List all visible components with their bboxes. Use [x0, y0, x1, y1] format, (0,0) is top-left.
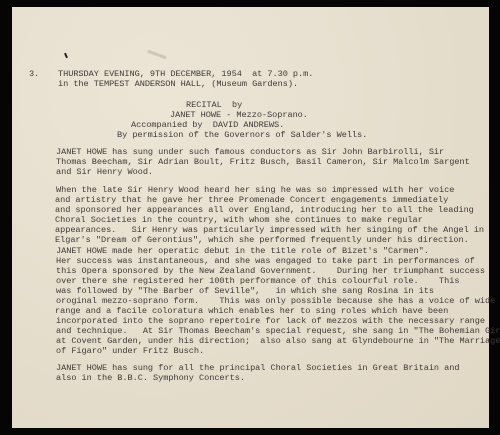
recital-title: RECITAL by [186, 100, 242, 110]
ink-mark [64, 53, 68, 58]
paper-smudge [147, 50, 167, 60]
event-date-line: THURSDAY EVENING, 9TH DECEMBER, 1954 at … [58, 69, 313, 79]
typewritten-page: 3. THURSDAY EVENING, 9TH DECEMBER, 1954 … [12, 7, 489, 428]
accompanist-line: Accompanied by DAVID ANDREWS. [131, 120, 284, 130]
event-venue-line: in the TEMPEST ANDERSON HALL, (Museum Ga… [58, 79, 298, 89]
permission-line: By permission of the Governors of Salder… [117, 130, 367, 140]
item-number: 3. [29, 69, 39, 79]
performer-line: JANET HOWE - Mezzo-Soprano. [170, 110, 308, 120]
